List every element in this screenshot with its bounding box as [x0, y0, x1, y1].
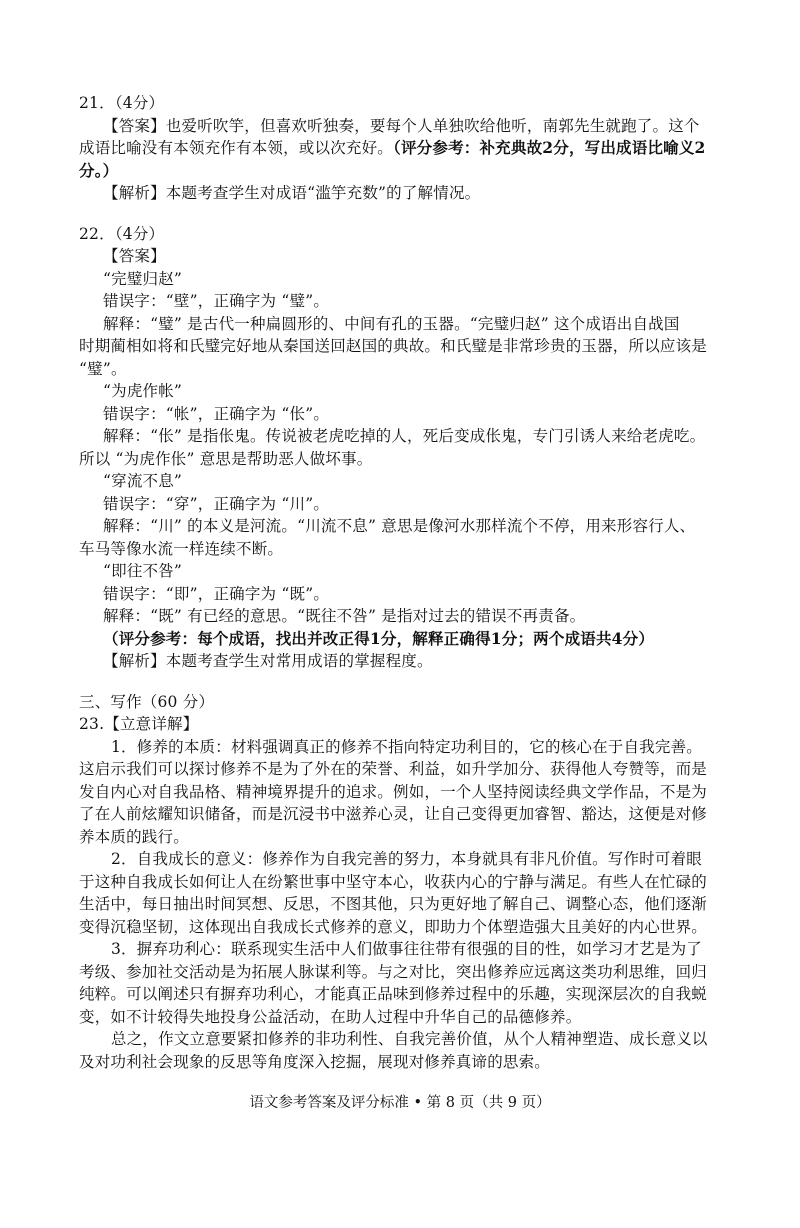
answer-key-page: 21．（4分） 【答案】也爱听吹竽，但喜欢听独奏，要每个人单独吹给他听，南郭先生…: [79, 92, 729, 1073]
paragraph-line: 这启示我们可以探讨修养不是为了外在的荣誉、利益，如升学加分、获得他人夸赞等，而是: [79, 758, 729, 781]
question-21-answer-line-1: 【答案】也爱听吹竽，但喜欢听独奏，要每个人单独吹给他听，南郭先生就跑了。这个: [79, 115, 729, 138]
paragraph-line: 及对功利社会现象的反思等角度深入挖掘，展现对修养真谛的思索。: [79, 1051, 729, 1074]
idiom-title: “穿流不息”: [79, 470, 729, 493]
question-21-answer-line-2: 成语比喻没有本领充作有本领，或以次充好。（评分参考：补充典故2分，写出成语比喻义…: [79, 137, 729, 160]
idiom-title: “完璧归赵”: [79, 268, 729, 291]
spacer: [79, 205, 729, 223]
scoring-reference: （评分参考：补充典故2分，写出成语比喻义2: [393, 138, 706, 157]
page-footer: 语文参考答案及评分标准 • 第 8 页（共 9 页）: [0, 1093, 800, 1113]
writing-point-2: 2．自我成长的意义：修养作为自我完善的努力，本身就具有非凡价值。写作时可着眼 于…: [79, 848, 729, 938]
paragraph-line: 考级、参加社交活动是为拓展人脉谋利等。与之对比，突出修养应远离这类功利思维，回归: [79, 961, 729, 984]
writing-point-3: 3．摒弃功利心：联系现实生活中人们做事往往带有很强的目的性，如学习才艺是为了 考…: [79, 938, 729, 1028]
question-21-analysis: 【解析】本题考查学生对成语“滥竽充数”的了解情况。: [79, 182, 729, 205]
idiom-explanation: “璧”。: [79, 358, 729, 381]
question-21-heading: 21．（4分）: [79, 92, 729, 115]
question-22-heading: 22．（4分）: [79, 223, 729, 246]
idiom-error: 错误字：“壁”，正确字为 “璧”。: [79, 290, 729, 313]
paragraph-line: 1．修养的本质：材料强调真正的修养不指向特定功利目的，它的核心在于自我完善。: [79, 736, 729, 759]
question-22-answer-label: 【答案】: [79, 245, 729, 268]
idiom-explanation: 解释：“伥” 是指伥鬼。传说被老虎吃掉的人，死后变成伥鬼，专门引诱人来给老虎吃。: [79, 425, 729, 448]
paragraph-line: 发自内心对自我品格、精神境界提升的追求。例如，一个人坚持阅读经典文学作品，不是为: [79, 781, 729, 804]
idiom-block-2: “为虎作帐” 错误字：“帐”，正确字为 “伥”。 解释：“伥” 是指伥鬼。传说被…: [79, 380, 729, 470]
idiom-explanation: 车马等像水流一样连续不断。: [79, 538, 729, 561]
idiom-explanation: 解释：“既” 有已经的意思。“既往不咎” 是指对过去的错误不再责备。: [79, 605, 729, 628]
idiom-block-4: “即往不咎” 错误字：“即”，正确字为 “既”。 解释：“既” 有已经的意思。“…: [79, 560, 729, 628]
paragraph-line: 生活中，每日抽出时间冥想、反思，不图其他，只为更好地了解自己、调整心态，他们逐渐: [79, 893, 729, 916]
paragraph-line: 变，如不计较得失地投身公益活动，在助人过程中升华自己的品德修养。: [79, 1006, 729, 1029]
paragraph-line: 于这种自我成长如何让人在纷繁世事中坚守本心，收获内心的宁静与满足。有些人在忙碌的: [79, 871, 729, 894]
idiom-error: 错误字：“即”，正确字为 “既”。: [79, 583, 729, 606]
paragraph-line: 养本质的践行。: [79, 826, 729, 849]
paragraph-line: 总之，作文立意要紧扣修养的非功利性、自我完善价值，从个人精神塑造、成长意义以: [79, 1028, 729, 1051]
idiom-error: 错误字：“穿”，正确字为 “川”。: [79, 493, 729, 516]
question-22: 22．（4分） 【答案】 “完璧归赵” 错误字：“壁”，正确字为 “璧”。 解释…: [79, 223, 729, 673]
idiom-title: “为虎作帐”: [79, 380, 729, 403]
question-22-analysis: 【解析】本题考查学生对常用成语的掌握程度。: [79, 650, 729, 673]
writing-summary: 总之，作文立意要紧扣修养的非功利性、自我完善价值，从个人精神塑造、成长意义以 及…: [79, 1028, 729, 1073]
idiom-error: 错误字：“帐”，正确字为 “伥”。: [79, 403, 729, 426]
paragraph-line: 了在人前炫耀知识储备，而是沉浸书中滋养心灵，让自己变得更加睿智、豁达，这便是对修: [79, 803, 729, 826]
paragraph-line: 纯粹。可以阐述只有摒弃功利心，才能真正品味到修养过程中的乐趣，实现深层次的自我蜕: [79, 983, 729, 1006]
paragraph-line: 变得沉稳坚韧，这体现出自我成长式修养的意义，即助力个体塑造强大且美好的内心世界。: [79, 916, 729, 939]
question-21: 21．（4分） 【答案】也爱听吹竽，但喜欢听独奏，要每个人单独吹给他听，南郭先生…: [79, 92, 729, 205]
paragraph-line: 3．摒弃功利心：联系现实生活中人们做事往往带有很强的目的性，如学习才艺是为了: [79, 938, 729, 961]
answer-text: 成语比喻没有本领充作有本领，或以次充好。: [79, 139, 393, 157]
question-23-heading: 23.【立意详解】: [79, 713, 729, 736]
idiom-explanation: 解释：“川” 的本义是河流。“川流不息” 意思是像河水那样流个不停，用来形容行人…: [79, 515, 729, 538]
paragraph-line: 2．自我成长的意义：修养作为自我完善的努力，本身就具有非凡价值。写作时可着眼: [79, 848, 729, 871]
question-22-scoring-reference: （评分参考：每个成语，找出并改正得1分，解释正确得1分；两个成语共4分）: [79, 628, 729, 651]
idiom-block-3: “穿流不息” 错误字：“穿”，正确字为 “川”。 解释：“川” 的本义是河流。“…: [79, 470, 729, 560]
idiom-title: “即往不咎”: [79, 560, 729, 583]
question-21-answer-line-3: 分。）: [79, 160, 729, 183]
spacer: [79, 673, 729, 691]
writing-point-1: 1．修养的本质：材料强调真正的修养不指向特定功利目的，它的核心在于自我完善。 这…: [79, 736, 729, 849]
section-heading: 三、写作（60 分）: [79, 691, 729, 714]
idiom-explanation: 解释：“璧” 是古代一种扁圆形的、中间有孔的玉器。“完璧归赵” 这个成语出自战国: [79, 313, 729, 336]
idiom-explanation: 所以 “为虎作伥” 意思是帮助恶人做坏事。: [79, 448, 729, 471]
idiom-block-1: “完璧归赵” 错误字：“壁”，正确字为 “璧”。 解释：“璧” 是古代一种扁圆形…: [79, 268, 729, 381]
idiom-explanation: 时期蔺相如将和氏璧完好地从秦国送回赵国的典故。和氏璧是非常珍贵的玉器，所以应该是: [79, 335, 729, 358]
section-writing: 三、写作（60 分） 23.【立意详解】 1．修养的本质：材料强调真正的修养不指…: [79, 691, 729, 1074]
